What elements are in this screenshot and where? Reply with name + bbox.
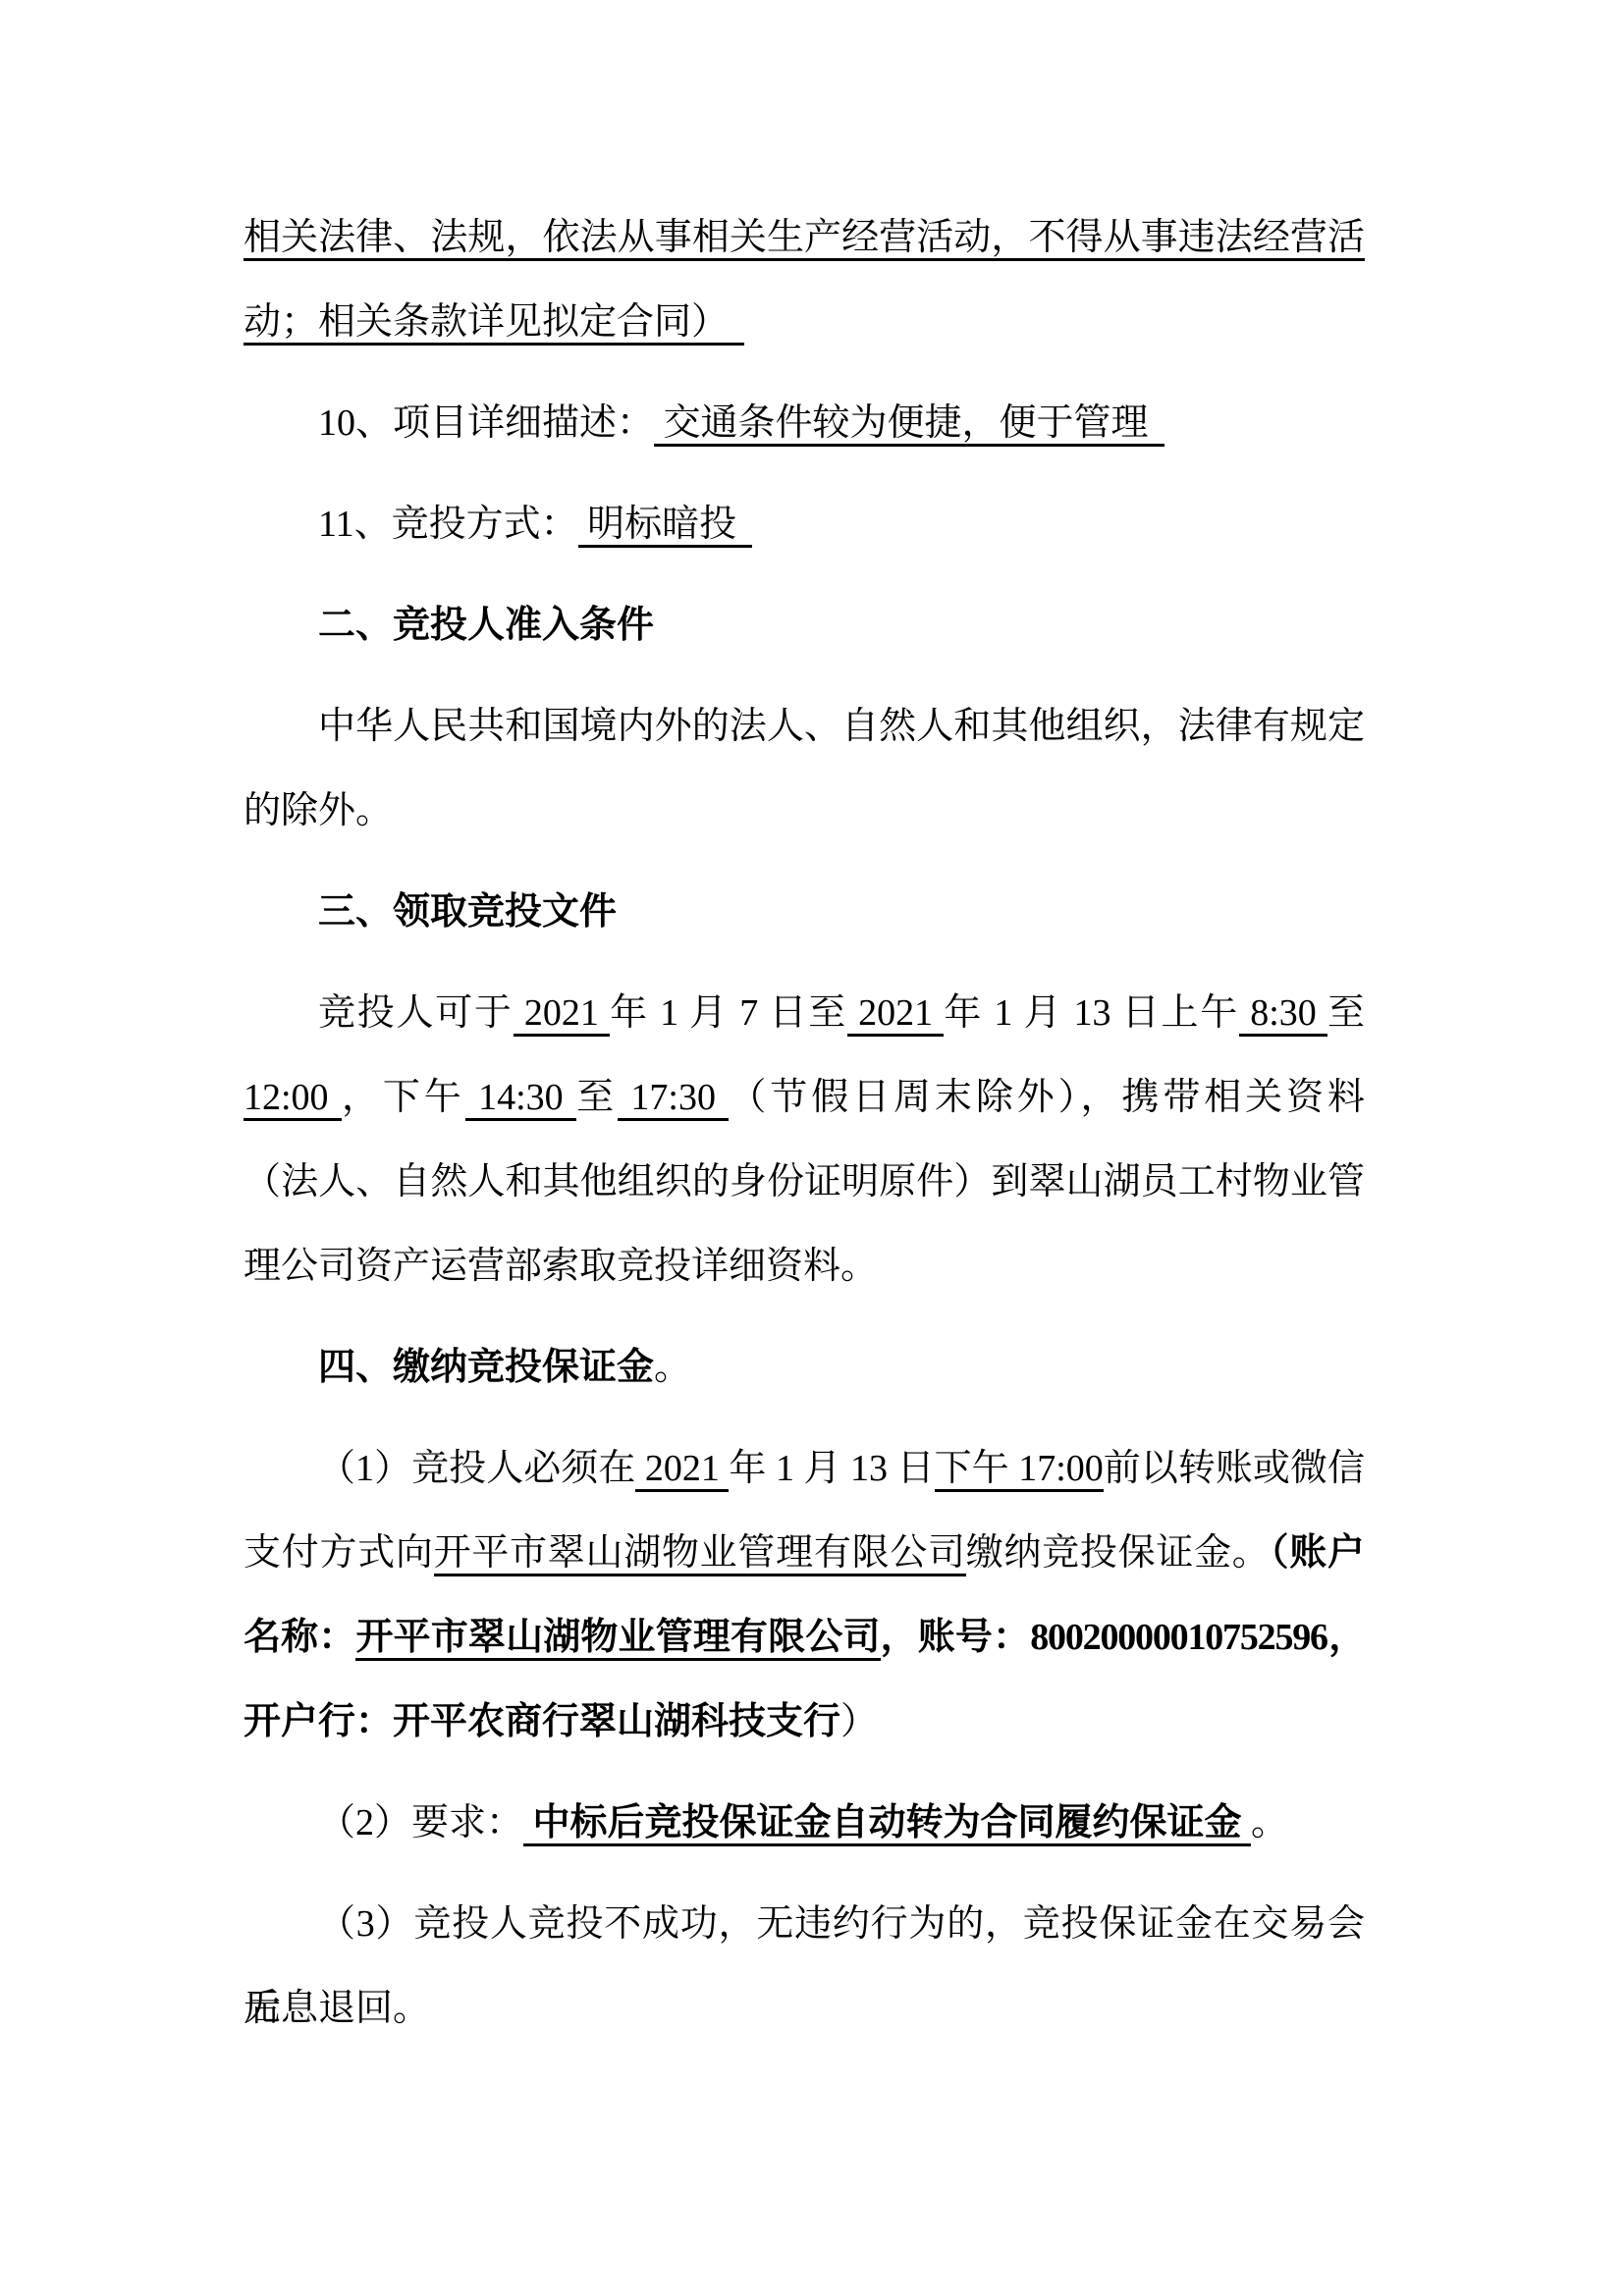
heading-section-2: 二、竞投人准入条件 [244, 583, 1365, 667]
text-line: 10、项目详细描述： 交通条件较为便捷，便于管理 [244, 381, 1365, 465]
paragraph-deposit-refund: （3）竞投人竞投不成功，无违约行为的，竞投保证金在交易会后 无息退回。 [244, 1882, 1365, 2051]
underlined-run: 12:00 [244, 1077, 342, 1121]
text-run: 。 [1251, 1802, 1288, 1843]
text-run: 10、项目详细描述： [318, 402, 654, 444]
text-line: 中华人民共和国境内外的法人、自然人和其他组织，法律有规定 [244, 684, 1365, 769]
bold-run: ，账号：80020000010752596， [881, 1617, 1365, 1658]
text-line: 支付方式向开平市翠山湖物业管理有限公司缴纳竞投保证金。（账户 [244, 1511, 1365, 1595]
text-run: 11、竞投方式： [318, 504, 578, 545]
text-run: 至 [576, 1077, 618, 1118]
heading-section-4: 四、缴纳竞投保证金。 [244, 1325, 1365, 1410]
bold-run: 四、缴纳竞投保证金 [318, 1347, 654, 1388]
bold-underlined-run: 开平市翠山湖物业管理有限公司 [355, 1617, 880, 1661]
text-run: ） [840, 1701, 878, 1742]
text-line: 理公司资产运营部索取竞投详细资料。 [244, 1224, 1365, 1308]
text-run: 竞投人可于 [318, 992, 514, 1034]
paragraph-item-10: 10、项目详细描述： 交通条件较为便捷，便于管理 [244, 381, 1365, 465]
paragraph-deposit-payment: （1）竞投人必须在 2021 年 1 月 13 日下午 17:00前以转账或微信… [244, 1426, 1365, 1764]
text-line: 开户行：开平农商行翠山湖科技支行） [244, 1680, 1365, 1764]
text-line: 无息退回。 [244, 1966, 1365, 2051]
heading-section-3: 三、领取竞投文件 [244, 870, 1365, 954]
underlined-run: 2021 [635, 1448, 729, 1492]
text-run: 中华人民共和国境内外的法人、自然人和其他组织，法律有规定 [318, 706, 1365, 747]
text-run: 前以转账或微信 [1104, 1448, 1365, 1489]
underlined-run: 相关法律、法规，依法从事相关生产经营活动，不得从事违法经营活 [244, 217, 1365, 261]
underlined-run: 8:30 [1239, 992, 1327, 1037]
text-run: 支付方式向 [244, 1532, 434, 1574]
text-run: （2）要求： [318, 1802, 523, 1843]
underlined-run: 明标暗投 [578, 504, 753, 548]
text-line: 三、领取竞投文件 [244, 870, 1365, 954]
text-run: 年 1 月 13 日 [729, 1448, 934, 1489]
text-run: （1）竞投人必须在 [318, 1448, 635, 1489]
text-line: 的除外。 [244, 769, 1365, 853]
text-run: ，下午 [342, 1077, 465, 1118]
bold-run: 开户行：开平农商行翠山湖科技支行 [244, 1701, 840, 1742]
document-page: 相关法律、法规，依法从事相关生产经营活动，不得从事违法经营活 动；相关条款详见拟… [0, 0, 1624, 2296]
bold-underlined-run: 中标后竞投保证金自动转为合同履约保证金 [523, 1802, 1251, 1846]
text-run: 无息退回。 [244, 1988, 430, 2029]
text-run: 年 1 月 7 日至 [610, 992, 847, 1034]
bold-run: （账户 [1271, 1532, 1365, 1574]
paragraph-eligibility: 中华人民共和国境内外的法人、自然人和其他组织，法律有规定 的除外。 [244, 684, 1365, 853]
underlined-run: 动；相关条款详见拟定合同） [244, 301, 744, 346]
bold-run: 名称： [244, 1617, 355, 1658]
underlined-run: 2021 [847, 992, 944, 1037]
text-line: （1）竞投人必须在 2021 年 1 月 13 日下午 17:00前以转账或微信 [244, 1426, 1365, 1511]
underlined-run: 14:30 [465, 1077, 576, 1121]
bold-run: 三、领取竞投文件 [318, 891, 617, 933]
underlined-run: 2021 [514, 992, 610, 1037]
text-line: （3）竞投人竞投不成功，无违约行为的，竞投保证金在交易会后 [244, 1882, 1365, 1966]
paragraph-continuation: 相关法律、法规，依法从事相关生产经营活动，不得从事违法经营活 动；相关条款详见拟… [244, 195, 1365, 364]
text-run: 。 [654, 1347, 691, 1388]
text-run: （节假日周末除外），携带相关资料 [729, 1077, 1365, 1118]
paragraph-item-11: 11、竞投方式： 明标暗投 [244, 482, 1365, 566]
text-line: 11、竞投方式： 明标暗投 [244, 482, 1365, 566]
text-line: （法人、自然人和其他组织的身份证明原件）到翠山湖员工村物业管 [244, 1140, 1365, 1224]
text-run: 年 1 月 13 日上午 [944, 992, 1239, 1034]
text-run: （法人、自然人和其他组织的身份证明原件）到翠山湖员工村物业管 [244, 1161, 1365, 1202]
bold-run: 二、竞投人准入条件 [318, 605, 654, 646]
text-line: 二、竞投人准入条件 [244, 583, 1365, 667]
underlined-run: 开平市翠山湖物业管理有限公司 [434, 1532, 966, 1576]
text-line: 名称：开平市翠山湖物业管理有限公司，账号：80020000010752596， [244, 1595, 1365, 1680]
text-run: 的除外。 [244, 790, 393, 831]
underlined-run: 下午 17:00 [935, 1448, 1104, 1492]
paragraph-collect-documents: 竞投人可于 2021 年 1 月 7 日至 2021 年 1 月 13 日上午 … [244, 971, 1365, 1308]
text-run: 至 [1327, 992, 1365, 1034]
text-run: 缴纳竞投保证金。 [966, 1532, 1271, 1574]
paragraph-deposit-requirement: （2）要求： 中标后竞投保证金自动转为合同履约保证金 。 [244, 1781, 1365, 1865]
text-line: 12:00 ，下午 14:30 至 17:30 （节假日周末除外），携带相关资料 [244, 1055, 1365, 1140]
underlined-run: 交通条件较为便捷，便于管理 [654, 402, 1164, 447]
text-line: （2）要求： 中标后竞投保证金自动转为合同履约保证金 。 [244, 1781, 1365, 1865]
text-line: 竞投人可于 2021 年 1 月 7 日至 2021 年 1 月 13 日上午 … [244, 971, 1365, 1055]
text-line: 四、缴纳竞投保证金。 [244, 1325, 1365, 1410]
text-line: 相关法律、法规，依法从事相关生产经营活动，不得从事违法经营活 [244, 195, 1365, 280]
underlined-run: 17:30 [618, 1077, 729, 1121]
text-line: 动；相关条款详见拟定合同） [244, 280, 1365, 364]
text-run: 理公司资产运营部索取竞投详细资料。 [244, 1246, 878, 1287]
